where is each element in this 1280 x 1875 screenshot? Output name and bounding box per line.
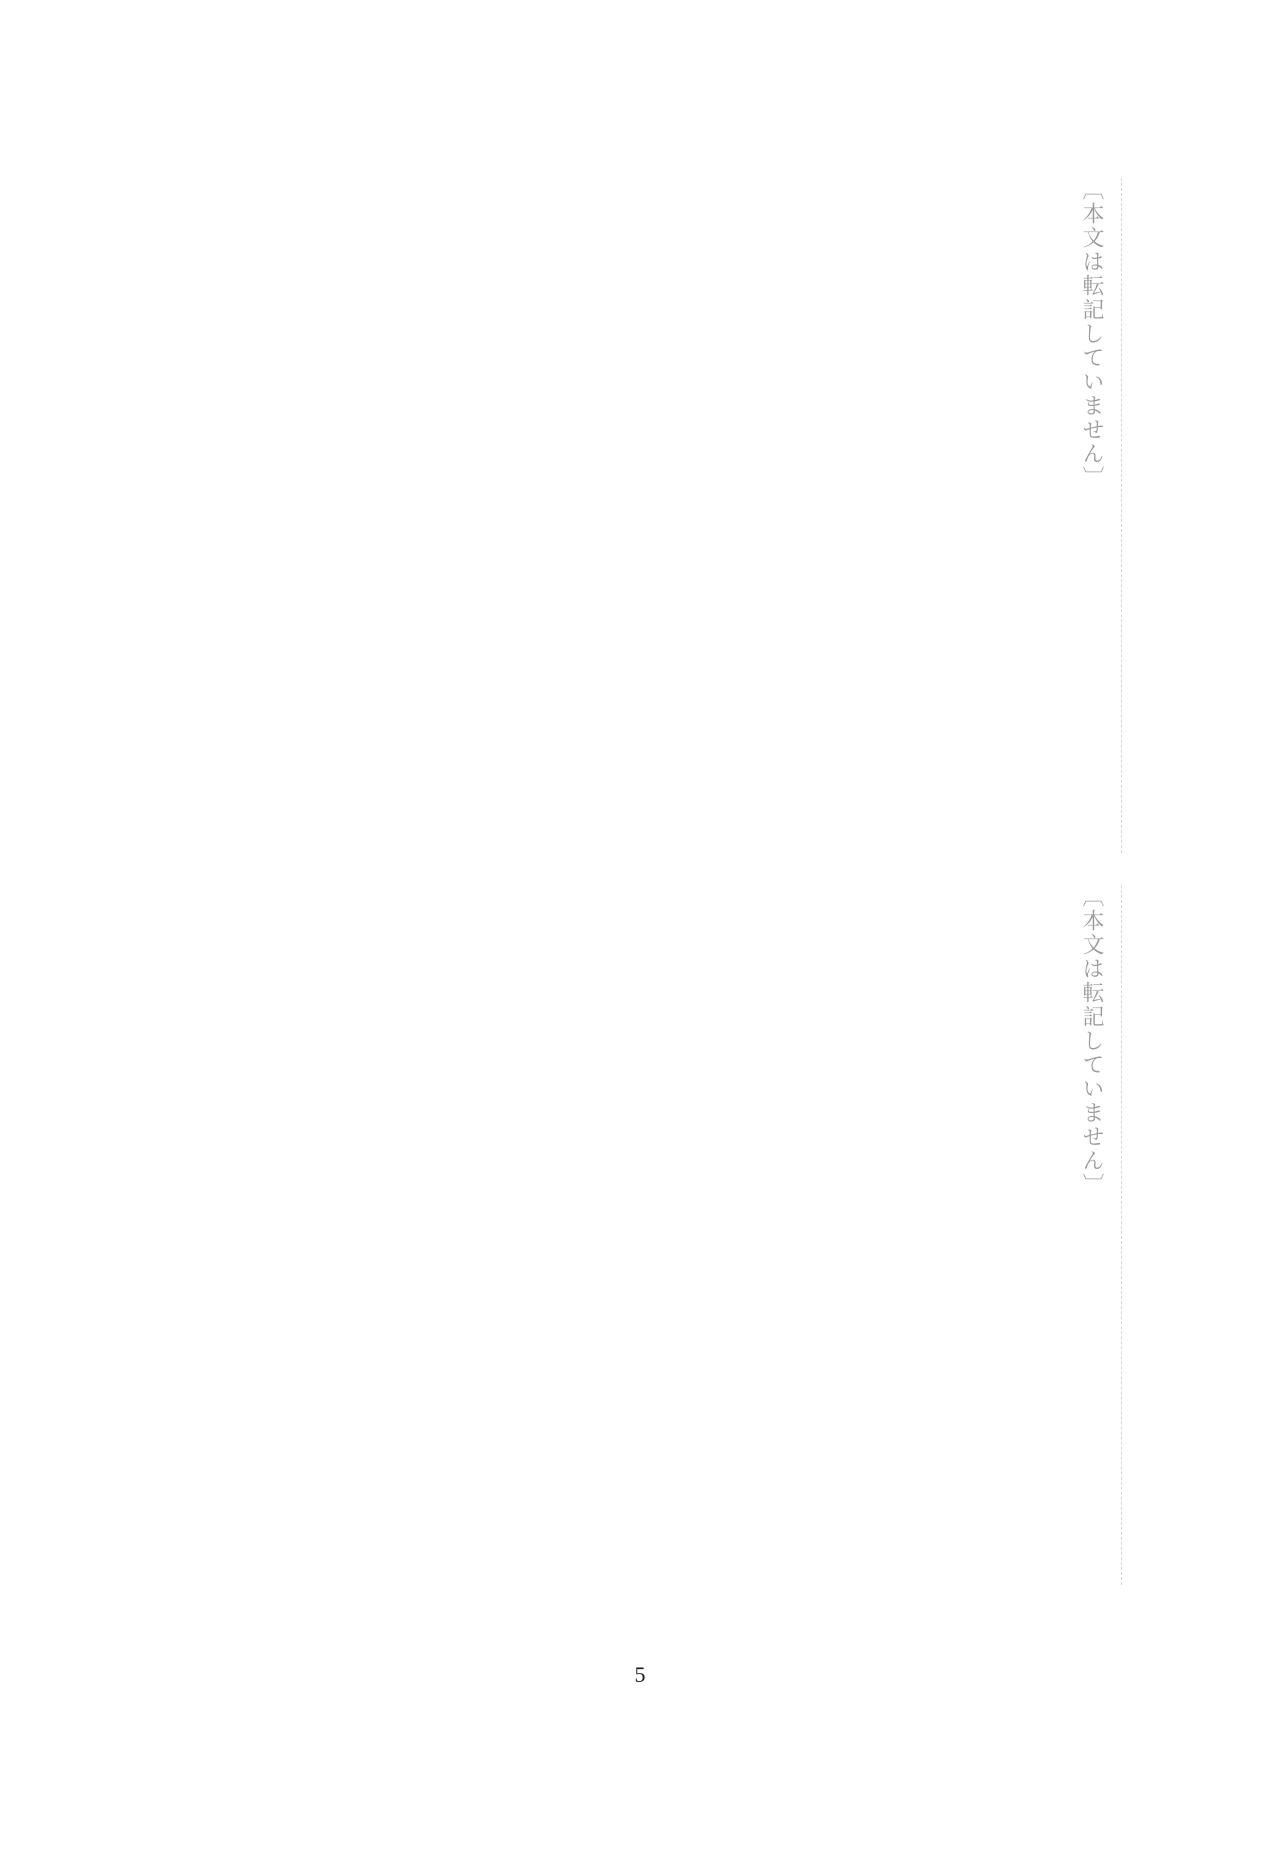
upper-text-tier: 〔本文は転記していません〕	[272, 178, 1144, 853]
page-number: 5	[0, 1662, 1280, 1688]
text-placeholder: 〔本文は転記していません〕	[1070, 178, 1122, 853]
text-placeholder: 〔本文は転記していません〕	[1070, 885, 1122, 1585]
lower-text-tier: 〔本文は転記していません〕	[272, 885, 1144, 1585]
